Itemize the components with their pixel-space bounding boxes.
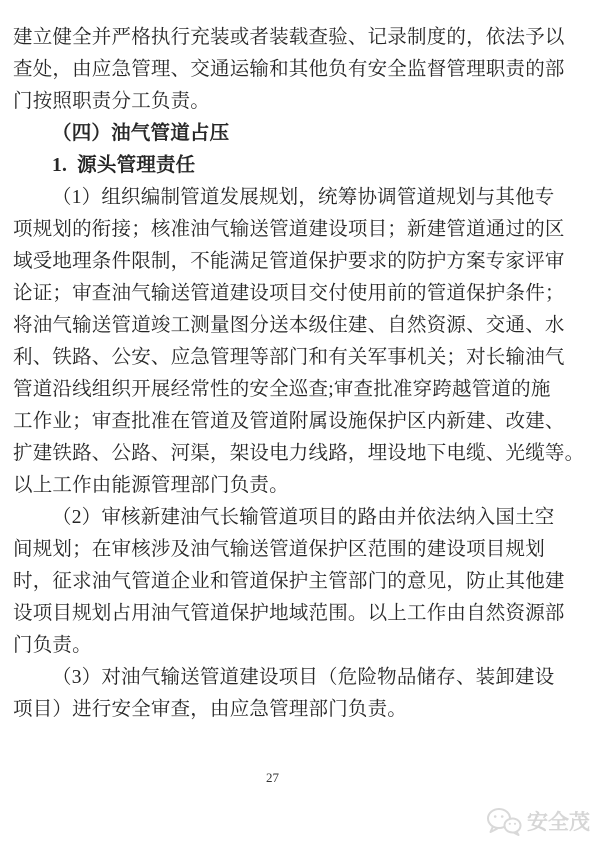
text-line: 将油气输送管道竣工测量图分送本级住建、自然资源、交通、水 bbox=[13, 310, 591, 342]
text-line: 设项目规划占用油气管道保护地域范围。以上工作由自然资源部 bbox=[13, 598, 591, 630]
text-line: 建立健全并严格执行充装或者装载查验、记录制度的，依法予以 bbox=[13, 22, 591, 54]
text-line: 项目）进行安全审查，由应急管理部门负责。 bbox=[13, 694, 591, 726]
page-number: 27 bbox=[0, 770, 545, 786]
footer-brand-name: 安全茂 bbox=[527, 806, 590, 836]
text-line: 论证；审查油气输送管道建设项目交付使用前的管道保护条件； bbox=[13, 278, 591, 310]
text-line: 1. 源头管理责任 bbox=[13, 150, 591, 182]
text-line: 查处，由应急管理、交通运输和其他负有安全监督管理职责的部 bbox=[13, 54, 591, 86]
footer-brand: 安全茂 bbox=[486, 806, 590, 836]
text-line: 门负责。 bbox=[13, 630, 591, 662]
text-line: （四）油气管道占压 bbox=[13, 118, 591, 150]
text-line: 利、铁路、公安、应急管理等部门和有关军事机关；对长输油气 bbox=[13, 342, 591, 374]
text-line: 以上工作由能源管理部门负责。 bbox=[13, 470, 591, 502]
wechat-logo-icon bbox=[486, 807, 522, 836]
document-body: 建立健全并严格执行充装或者装载查验、记录制度的，依法予以查处，由应急管理、交通运… bbox=[13, 22, 591, 726]
text-line: 管道沿线组织开展经常性的安全巡查;审查批准穿跨越管道的施 bbox=[13, 374, 591, 406]
text-line: （3）对油气输送管道建设项目（危险物品储存、装卸建设 bbox=[13, 662, 591, 694]
text-line: （2）审核新建油气长输管道项目的路由并依法纳入国土空 bbox=[13, 502, 591, 534]
document-page: 建立健全并严格执行充装或者装载查验、记录制度的，依法予以查处，由应急管理、交通运… bbox=[0, 0, 608, 842]
text-line: （1）组织编制管道发展规划，统筹协调管道规划与其他专 bbox=[13, 182, 591, 214]
text-line: 门按照职责分工负责。 bbox=[13, 86, 591, 118]
text-line: 时，征求油气管道企业和管道保护主管部门的意见，防止其他建 bbox=[13, 566, 591, 598]
text-line: 工作业；审查批准在管道及管道附属设施保护区内新建、改建、 bbox=[13, 406, 591, 438]
text-line: 域受地理条件限制，不能满足管道保护要求的防护方案专家评审 bbox=[13, 246, 591, 278]
text-line: 间规划；在审核涉及油气输送管道保护区范围的建设项目规划 bbox=[13, 534, 591, 566]
text-line: 项规划的衔接；核准油气输送管道建设项目；新建管道通过的区 bbox=[13, 214, 591, 246]
text-line: 扩建铁路、公路、河渠，架设电力线路，埋设地下电缆、光缆等。 bbox=[13, 438, 591, 470]
